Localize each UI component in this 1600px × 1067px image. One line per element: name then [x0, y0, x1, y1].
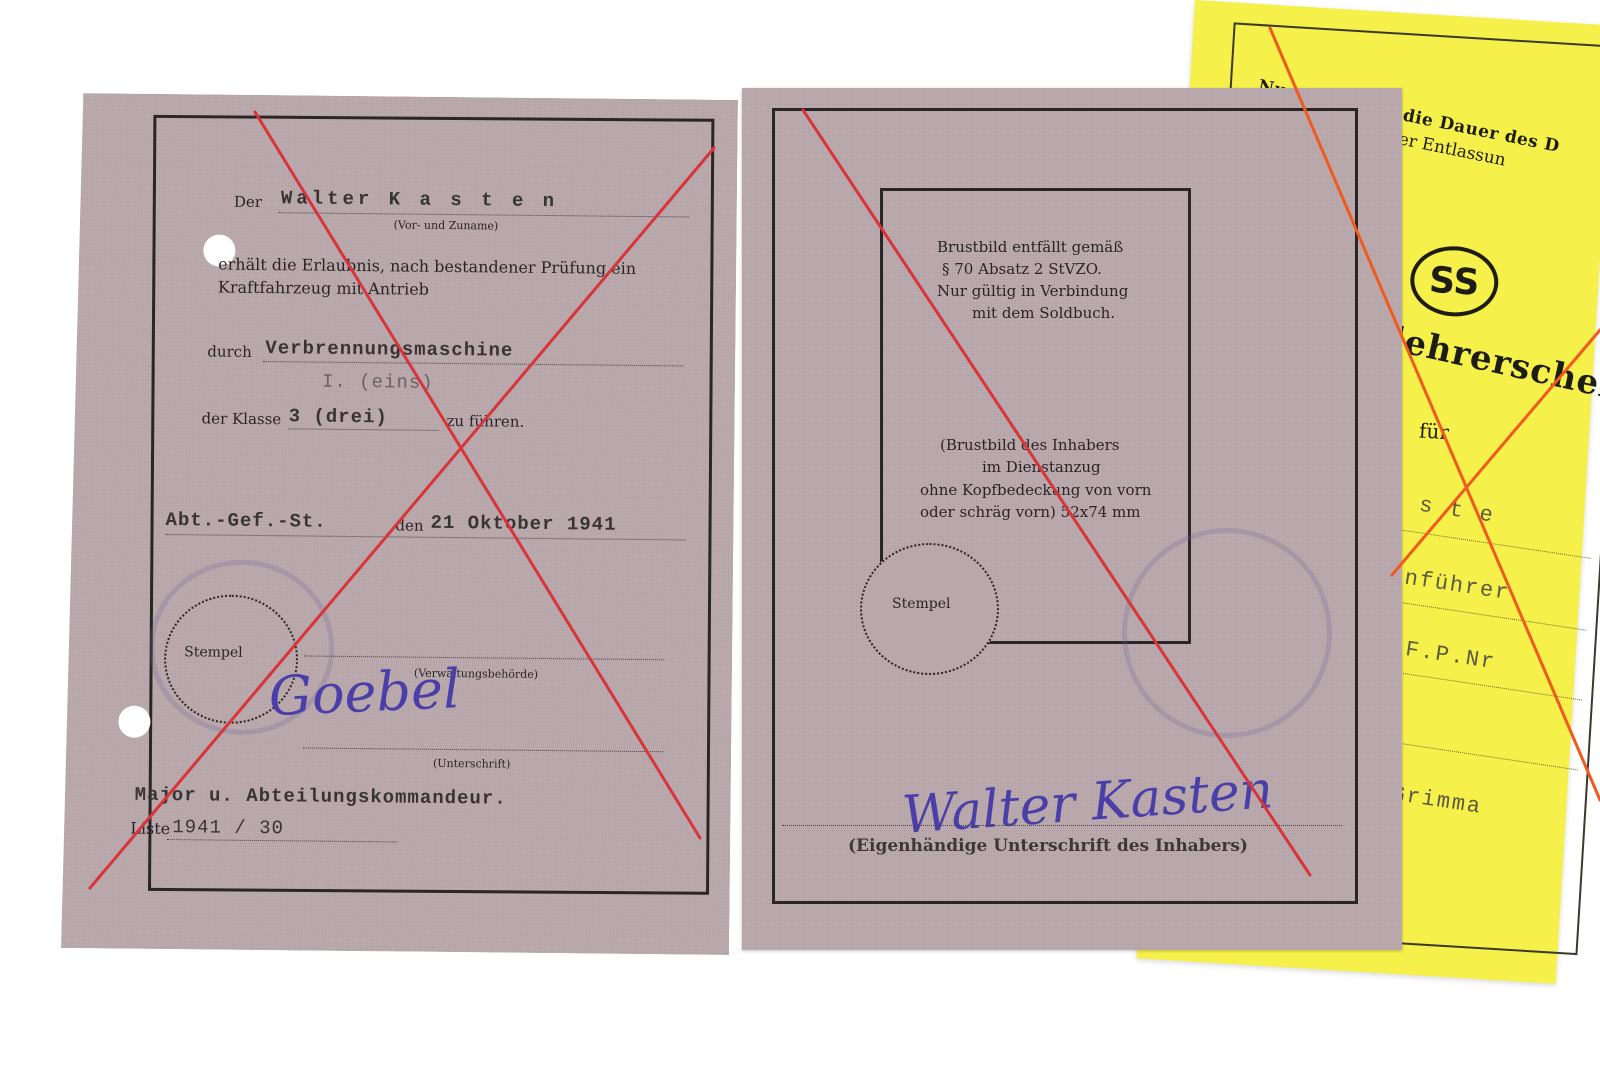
photo-note-line4: mit dem Soldbuch. [972, 304, 1115, 322]
fuehren-label: zu führen. [446, 412, 524, 431]
photo-caption-line3: ohne Kopfbedeckung von vorn [920, 481, 1151, 499]
photo-note-line2: § 70 Absatz 2 StVZO. [942, 260, 1102, 278]
liste-label: Liste [130, 819, 170, 838]
photo-note-line1: Brustbild entfällt gemäß [937, 238, 1123, 256]
punch-hole [118, 706, 150, 738]
holder-name: Walter K a s t e n [281, 187, 558, 212]
stempel-label: Stempel [892, 596, 951, 612]
left-page-frame [148, 115, 714, 895]
stempel-label: Stempel [184, 644, 243, 661]
photo-caption-line4: oder schräg vorn) 52x74 mm [920, 503, 1141, 521]
engine-type: Verbrennungsmaschine [265, 337, 513, 362]
signature-caption: (Unterschrift) [433, 757, 510, 771]
driving-license-booklet: Der Walter K a s t e n (Vor- und Zuname)… [70, 88, 1400, 958]
durch-label: durch [207, 342, 252, 360]
official-signature: Goebel [268, 657, 462, 728]
holder-signature-caption: (Eigenhändige Unterschrift des Inhabers) [848, 836, 1248, 856]
photo-note-line3: Nur gültig in Verbindung [937, 282, 1128, 300]
issue-date: 21 Oktober 1941 [430, 512, 616, 536]
class-extra: I. (eins) [322, 371, 434, 394]
liste-value: 1941 / 30 [172, 816, 284, 839]
place-typed: Abt.-Gef.-St. [165, 509, 326, 533]
yellow-fur-label: für [1418, 419, 1449, 445]
name-caption: (Vor- und Zuname) [394, 218, 499, 232]
right-page: Brustbild entfällt gemäß § 70 Absatz 2 S… [742, 88, 1402, 950]
dotted-line [782, 825, 1342, 826]
der-label: Der [234, 193, 262, 211]
den-label: den [395, 516, 423, 534]
klasse-value: 3 (drei) [289, 405, 388, 428]
faded-official-stamp [1122, 528, 1332, 738]
klasse-label: der Klasse [202, 409, 282, 428]
left-page: Der Walter K a s t e n (Vor- und Zuname)… [61, 93, 738, 955]
permission-line2: Kraftfahrzeug mit Antrieb [218, 278, 429, 299]
officer-title: Major u. Abteilungskommandeur. [135, 784, 507, 810]
photo-caption-line2: im Dienstanzug [982, 458, 1101, 476]
photo-caption-line1: (Brustbild des Inhabers [940, 436, 1119, 454]
